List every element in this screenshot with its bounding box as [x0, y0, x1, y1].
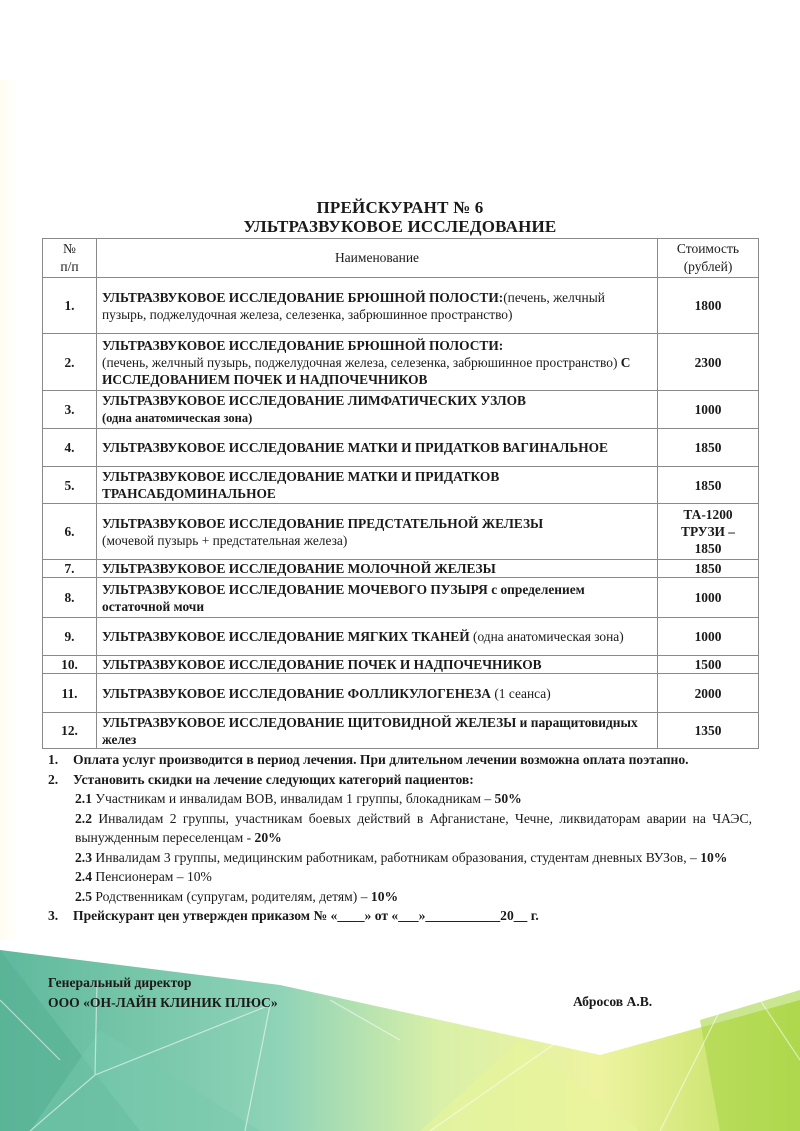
table-row: 10. УЛЬТРАЗВУКОВОЕ ИССЛЕДОВАНИЕ ПОЧЕК И … [43, 656, 759, 674]
header-price: Стоимость (рублей) [658, 239, 759, 278]
service-price: 1000 [658, 391, 759, 429]
price-list-document: ПРЕЙСКУРАНТ № 6 УЛЬТРАЗВУКОВОЕ ИССЛЕДОВА… [0, 0, 800, 1131]
document-subtitle: УЛЬТРАЗВУКОВОЕ ИССЛЕДОВАНИЕ [0, 217, 800, 237]
notes-section: 1. Оплата услуг производится в период ле… [48, 750, 752, 926]
service-name: УЛЬТРАЗВУКОВОЕ ИССЛЕДОВАНИЕ МАТКИ И ПРИД… [97, 429, 658, 467]
service-price: 1800 [658, 278, 759, 334]
signature-position: Генеральный директор [48, 973, 278, 993]
service-name: УЛЬТРАЗВУКОВОЕ ИССЛЕДОВАНИЕ МАТКИ И ПРИД… [97, 467, 658, 504]
table-row: 6. УЛЬТРАЗВУКОВОЕ ИССЛЕДОВАНИЕ ПРЕДСТАТЕ… [43, 504, 759, 560]
service-name: УЛЬТРАЗВУКОВОЕ ИССЛЕДОВАНИЕ МОЧЕВОГО ПУЗ… [97, 578, 658, 618]
service-price: 2000 [658, 674, 759, 713]
table-row: 1. УЛЬТРАЗВУКОВОЕ ИССЛЕДОВАНИЕ БРЮШНОЙ П… [43, 278, 759, 334]
document-title: ПРЕЙСКУРАНТ № 6 [0, 198, 800, 218]
service-price: ТА-1200 ТРУЗИ – 1850 [658, 504, 759, 560]
discount-item: 2.5 Родственникам (супругам, родителям, … [48, 887, 752, 907]
signature-name: Абросов А.В. [573, 992, 652, 1012]
service-name: УЛЬТРАЗВУКОВОЕ ИССЛЕДОВАНИЕ ЩИТОВИДНОЙ Ж… [97, 713, 658, 749]
discount-item: 2.3 Инвалидам 3 группы, медицинским рабо… [48, 848, 752, 868]
table-row: 3. УЛЬТРАЗВУКОВОЕ ИССЛЕДОВАНИЕ ЛИМФАТИЧЕ… [43, 391, 759, 429]
service-price: 1850 [658, 560, 759, 578]
price-table: № п/п Наименование Стоимость (рублей) 1.… [42, 238, 759, 749]
table-row: 11. УЛЬТРАЗВУКОВОЕ ИССЛЕДОВАНИЕ ФОЛЛИКУЛ… [43, 674, 759, 713]
service-price: 1850 [658, 429, 759, 467]
note-approval: 3. Прейскурант цен утвержден приказом № … [48, 906, 752, 926]
service-name: УЛЬТРАЗВУКОВОЕ ИССЛЕДОВАНИЕ МЯГКИХ ТКАНЕ… [97, 618, 658, 656]
discount-item: 2.2 Инвалидам 2 группы, участникам боевы… [48, 809, 752, 848]
discount-item: 2.1 Участникам и инвалидам ВОВ, инвалида… [48, 789, 752, 809]
service-price: 1850 [658, 467, 759, 504]
service-price: 1500 [658, 656, 759, 674]
note-discounts: 2. Установить скидки на лечение следующи… [48, 770, 752, 790]
service-price: 1350 [658, 713, 759, 749]
service-name: УЛЬТРАЗВУКОВОЕ ИССЛЕДОВАНИЕ МОЛОЧНОЙ ЖЕЛ… [97, 560, 658, 578]
header-number: № п/п [43, 239, 97, 278]
service-price: 2300 [658, 334, 759, 391]
table-row: 2. УЛЬТРАЗВУКОВОЕ ИССЛЕДОВАНИЕ БРЮШНОЙ П… [43, 334, 759, 391]
service-name: УЛЬТРАЗВУКОВОЕ ИССЛЕДОВАНИЕ ФОЛЛИКУЛОГЕН… [97, 674, 658, 713]
table-row: 5. УЛЬТРАЗВУКОВОЕ ИССЛЕДОВАНИЕ МАТКИ И П… [43, 467, 759, 504]
discount-item: 2.4 Пенсионерам – 10% [48, 867, 752, 887]
table-header-row: № п/п Наименование Стоимость (рублей) [43, 239, 759, 278]
service-name: УЛЬТРАЗВУКОВОЕ ИССЛЕДОВАНИЕ БРЮШНОЙ ПОЛО… [97, 334, 658, 391]
service-name: УЛЬТРАЗВУКОВОЕ ИССЛЕДОВАНИЕ БРЮШНОЙ ПОЛО… [97, 278, 658, 334]
service-name: УЛЬТРАЗВУКОВОЕ ИССЛЕДОВАНИЕ ПОЧЕК И НАДП… [97, 656, 658, 674]
service-price: 1000 [658, 618, 759, 656]
header-name: Наименование [97, 239, 658, 278]
note-payment: 1. Оплата услуг производится в период ле… [48, 750, 752, 770]
table-row: 9. УЛЬТРАЗВУКОВОЕ ИССЛЕДОВАНИЕ МЯГКИХ ТК… [43, 618, 759, 656]
table-row: 7. УЛЬТРАЗВУКОВОЕ ИССЛЕДОВАНИЕ МОЛОЧНОЙ … [43, 560, 759, 578]
table-row: 8. УЛЬТРАЗВУКОВОЕ ИССЛЕДОВАНИЕ МОЧЕВОГО … [43, 578, 759, 618]
service-price: 1000 [658, 578, 759, 618]
table-row: 4. УЛЬТРАЗВУКОВОЕ ИССЛЕДОВАНИЕ МАТКИ И П… [43, 429, 759, 467]
signature-company: ООО «ОН-ЛАЙН КЛИНИК ПЛЮС» [48, 993, 278, 1013]
signature-block: Генеральный директор ООО «ОН-ЛАЙН КЛИНИК… [48, 973, 278, 1012]
service-name: УЛЬТРАЗВУКОВОЕ ИССЛЕДОВАНИЕ ЛИМФАТИЧЕСКИ… [97, 391, 658, 429]
service-name: УЛЬТРАЗВУКОВОЕ ИССЛЕДОВАНИЕ ПРЕДСТАТЕЛЬН… [97, 504, 658, 560]
table-row: 12. УЛЬТРАЗВУКОВОЕ ИССЛЕДОВАНИЕ ЩИТОВИДН… [43, 713, 759, 749]
